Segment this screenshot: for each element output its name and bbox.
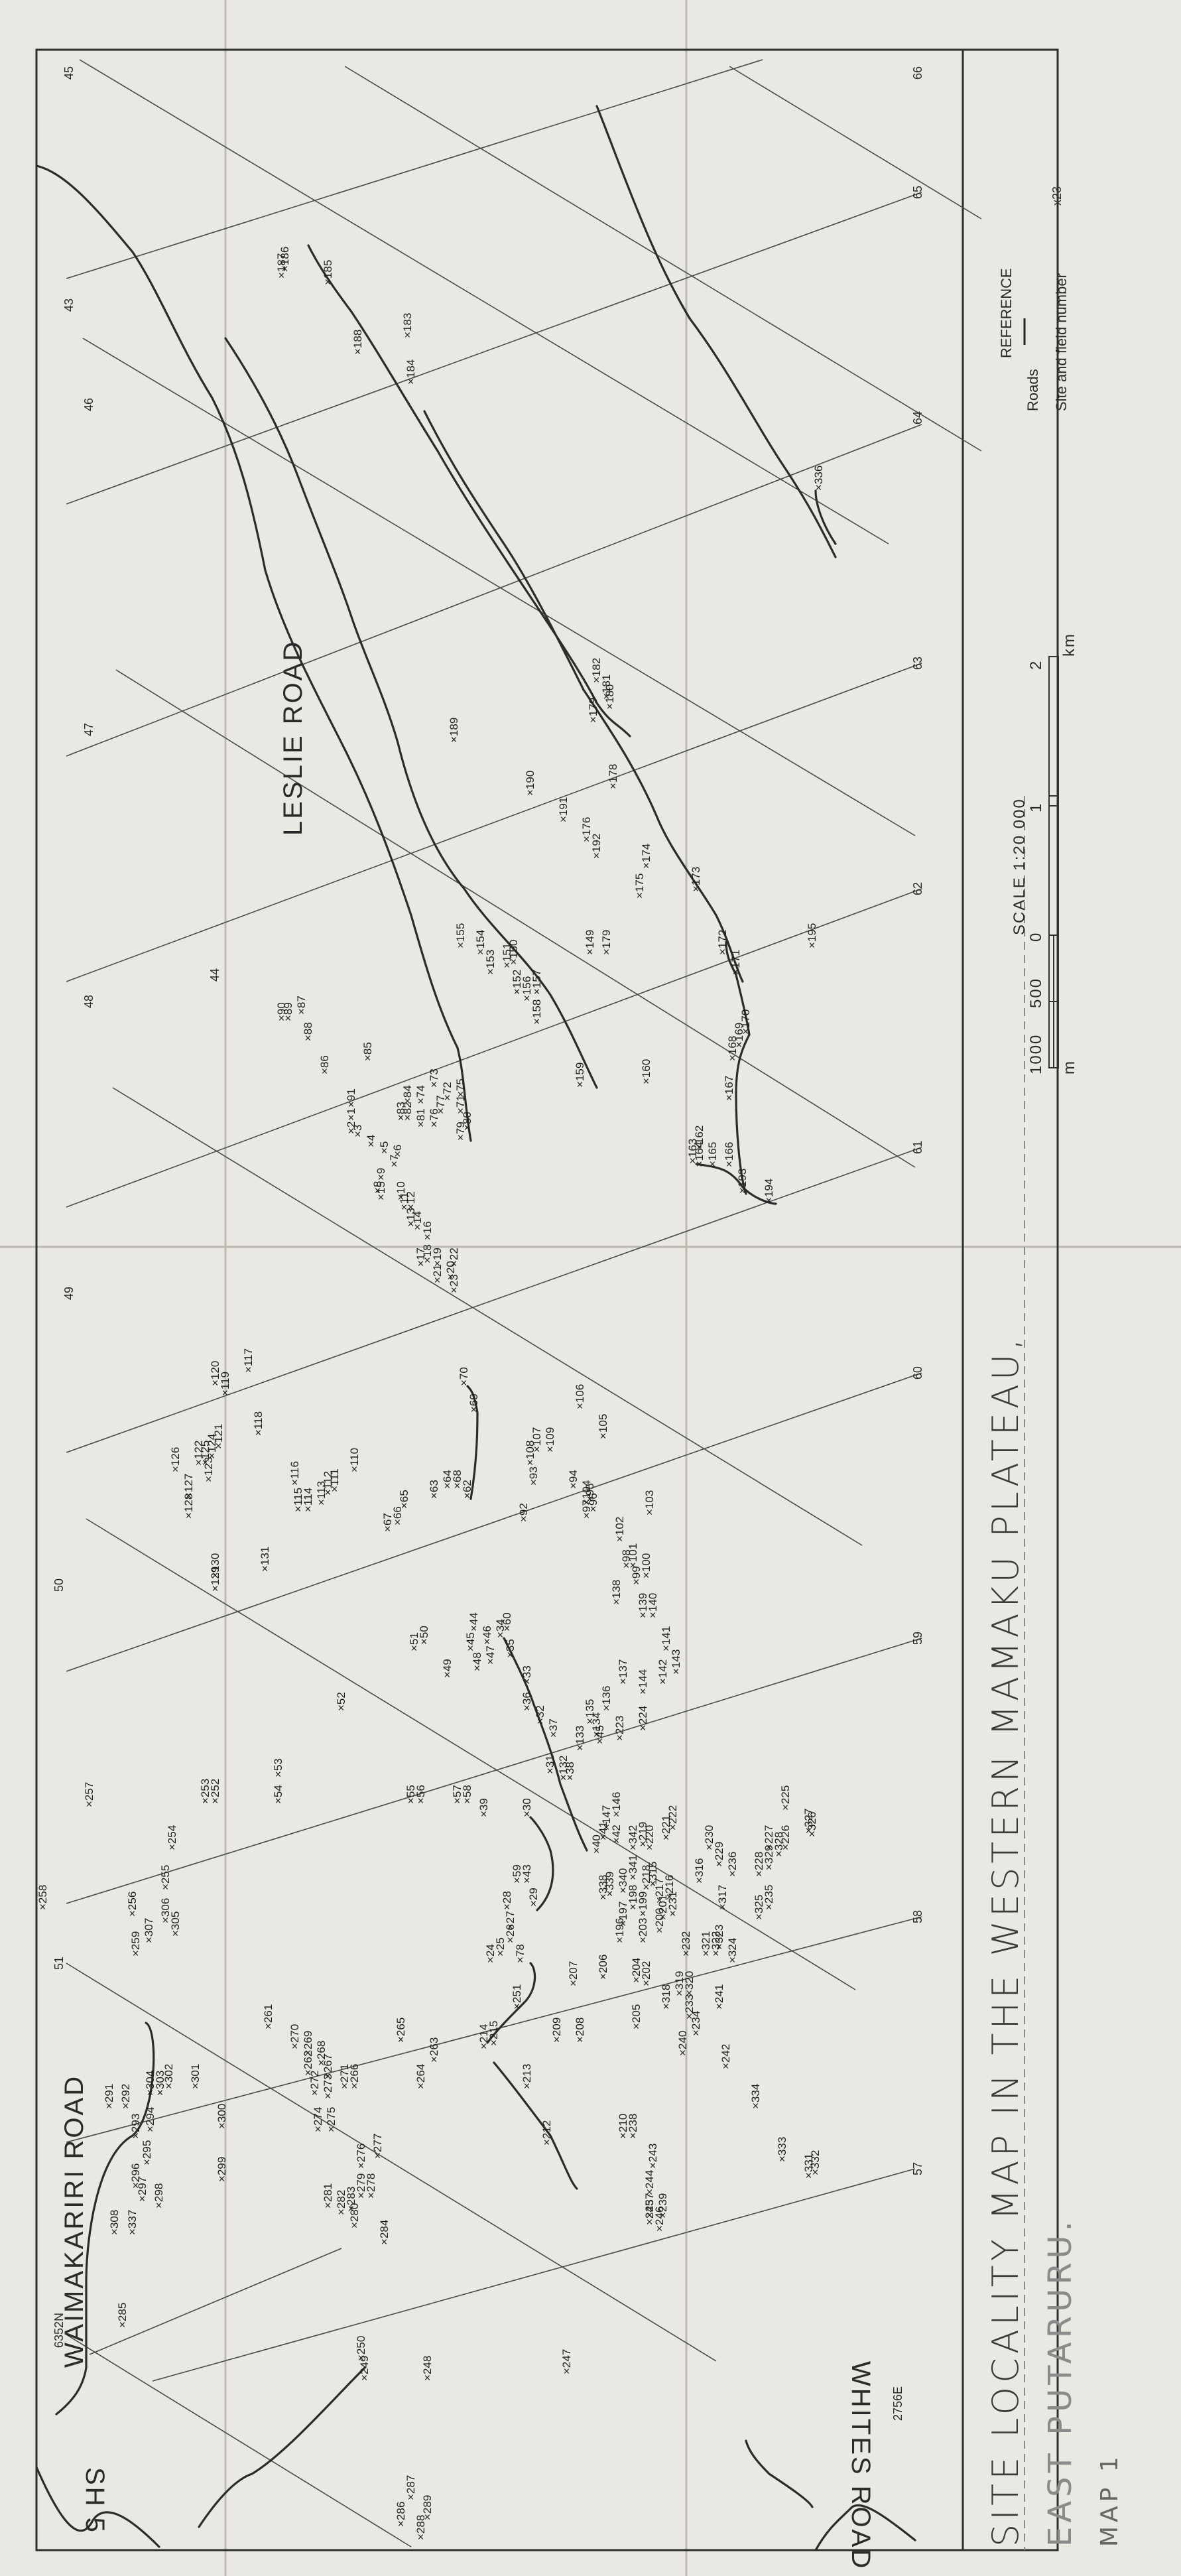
site-marker[interactable]: ×166 xyxy=(723,1142,735,1167)
site-marker[interactable]: ×209 xyxy=(550,2018,563,2043)
site-marker[interactable]: ×336 xyxy=(812,466,825,491)
site-marker[interactable]: ×190 xyxy=(524,771,536,796)
site-marker[interactable]: ×301 xyxy=(189,2064,202,2089)
site-marker[interactable]: ×196 xyxy=(613,1918,626,1943)
site-marker[interactable]: ×243 xyxy=(647,2144,659,2169)
site-marker[interactable]: ×242 xyxy=(719,2044,732,2069)
site-marker[interactable]: ×277 xyxy=(371,2134,384,2159)
site-number: ×31 xyxy=(544,1755,556,1774)
site-marker[interactable]: ×115 xyxy=(292,1488,304,1512)
site-number: ×275 xyxy=(325,2107,338,2132)
site-number: ×69 xyxy=(467,1393,480,1413)
site-number: ×175 xyxy=(633,873,646,899)
site-marker[interactable]: ×299 xyxy=(216,2157,228,2182)
site-marker[interactable]: ×229 xyxy=(713,1842,725,1867)
site-marker[interactable]: ×269 xyxy=(302,2031,314,2056)
site-number: ×254 xyxy=(166,1825,178,1850)
site-marker[interactable]: ×139 xyxy=(637,1593,649,1618)
site-marker[interactable]: ×56 xyxy=(414,1785,427,1804)
site-marker[interactable]: ×75 xyxy=(454,1078,467,1098)
site-number: ×308 xyxy=(108,2210,121,2235)
site-marker[interactable]: ×133 xyxy=(574,1726,586,1751)
site-marker[interactable]: ×337 xyxy=(126,2210,139,2235)
site-marker[interactable]: ×44 xyxy=(467,1612,480,1632)
site-marker[interactable]: ×159 xyxy=(574,1063,586,1088)
site-marker[interactable]: ×174 xyxy=(640,844,653,869)
legend-site-example: x23 xyxy=(1050,186,1064,206)
site-marker[interactable]: ×21 xyxy=(431,1264,444,1283)
scale-unit-m: m xyxy=(1060,1060,1078,1074)
site-marker[interactable]: ×93 xyxy=(527,1466,540,1486)
site-marker[interactable]: ×254 xyxy=(166,1825,178,1850)
site-marker[interactable]: ×35 xyxy=(504,1639,517,1658)
site-number: ×115 xyxy=(292,1488,304,1512)
site-marker[interactable]: ×333 xyxy=(776,2137,788,2162)
site-number: ×300 xyxy=(216,2104,228,2129)
site-marker[interactable]: ×308 xyxy=(108,2210,121,2235)
site-marker[interactable]: ×73 xyxy=(428,1068,440,1088)
site-marker[interactable]: ×70 xyxy=(458,1367,470,1386)
site-number: ×142 xyxy=(656,1659,669,1685)
site-marker[interactable]: ×265 xyxy=(395,2018,407,2043)
site-marker[interactable]: ×184 xyxy=(404,359,417,385)
site-marker[interactable]: ×264 xyxy=(414,2064,427,2089)
site-marker[interactable]: ×334 xyxy=(749,2084,762,2109)
site-marker[interactable]: ×341 xyxy=(627,1855,639,1880)
site-marker[interactable]: ×326 xyxy=(806,1812,818,1837)
site-marker[interactable]: ×215 xyxy=(487,2021,500,2046)
site-marker[interactable]: ×332 xyxy=(809,2150,822,2175)
site-marker[interactable]: ×238 xyxy=(627,2114,639,2139)
site-marker[interactable]: ×276 xyxy=(355,2144,367,2169)
site-marker[interactable]: ×292 xyxy=(119,2084,132,2109)
site-marker[interactable]: ×154 xyxy=(474,930,487,955)
site-marker[interactable]: ×205 xyxy=(630,2004,643,2029)
site-marker[interactable]: ×247 xyxy=(560,2349,573,2374)
site-marker[interactable]: ×103 xyxy=(643,1490,656,1515)
site-marker[interactable]: ×135 xyxy=(584,1699,596,1724)
site-marker[interactable]: ×325 xyxy=(753,1895,765,1920)
site-marker[interactable]: ×297 xyxy=(136,2177,149,2202)
site-marker[interactable]: ×5 xyxy=(378,1141,391,1154)
site-number: ×30 xyxy=(521,1798,533,1817)
site-marker[interactable]: ×236 xyxy=(726,1852,739,1877)
site-marker[interactable]: ×171 xyxy=(729,950,742,975)
site-number: ×239 xyxy=(656,2193,669,2219)
site-marker[interactable]: ×138 xyxy=(610,1580,623,1605)
site-marker[interactable]: ×320 xyxy=(683,1971,696,1996)
site-marker[interactable]: ×281 xyxy=(322,2183,334,2209)
site-marker[interactable]: ×88 xyxy=(302,1022,314,1041)
site-number: ×118 xyxy=(252,1411,265,1436)
site-number: ×157 xyxy=(530,970,543,995)
site-marker[interactable]: ×72 xyxy=(441,1082,454,1101)
site-marker[interactable]: ×213 xyxy=(521,2064,533,2089)
site-marker[interactable]: ×249 xyxy=(358,2356,371,2381)
site-marker[interactable]: ×39 xyxy=(477,1798,490,1817)
site-marker[interactable]: ×46 xyxy=(481,1626,493,1645)
site-marker[interactable]: ×23 xyxy=(448,1274,460,1293)
site-marker[interactable]: ×32 xyxy=(534,1705,546,1724)
site-marker[interactable]: ×146 xyxy=(610,1792,623,1817)
site-marker[interactable]: ×175 xyxy=(633,873,646,899)
site-marker[interactable]: ×90 xyxy=(275,1002,288,1021)
site-number: ×336 xyxy=(812,466,825,491)
site-marker[interactable]: ×69 xyxy=(467,1393,480,1413)
site-marker[interactable]: ×185 xyxy=(322,260,334,285)
site-marker[interactable]: ×100 xyxy=(640,1553,653,1578)
site-marker[interactable]: ×257 xyxy=(83,1782,95,1807)
site-marker[interactable]: ×191 xyxy=(557,797,570,822)
site-marker[interactable]: ×63 xyxy=(428,1480,440,1499)
site-marker[interactable]: ×307 xyxy=(143,1918,155,1943)
site-marker[interactable]: ×255 xyxy=(159,1865,172,1890)
site-marker[interactable]: ×48 xyxy=(471,1652,483,1671)
site-marker[interactable]: ×291 xyxy=(103,2084,115,2109)
site-marker[interactable]: ×294 xyxy=(144,2107,156,2132)
site-marker[interactable]: ×284 xyxy=(378,2220,391,2245)
site-marker[interactable]: ×36 xyxy=(521,1692,533,1711)
site-marker[interactable]: ×9 xyxy=(375,1168,387,1181)
site-number: ×277 xyxy=(371,2134,384,2159)
site-marker[interactable]: ×192 xyxy=(590,834,603,859)
site-marker[interactable]: ×110 xyxy=(348,1448,361,1472)
site-number: ×243 xyxy=(647,2144,659,2169)
site-number: ×38 xyxy=(564,1762,576,1781)
site-marker[interactable]: ×273 xyxy=(322,2074,334,2099)
site-number: ×32 xyxy=(534,1705,546,1724)
site-marker[interactable]: ×60 xyxy=(501,1612,513,1632)
site-marker[interactable]: ×136 xyxy=(600,1686,613,1711)
site-marker[interactable]: ×248 xyxy=(421,2356,434,2381)
site-marker[interactable]: ×226 xyxy=(779,1825,792,1850)
site-number: ×241 xyxy=(713,1984,725,2010)
site-marker[interactable]: ×51 xyxy=(408,1632,420,1651)
site-marker[interactable]: ×33 xyxy=(521,1665,533,1685)
site-marker[interactable]: ×31 xyxy=(544,1755,556,1774)
site-number: ×117 xyxy=(242,1348,255,1373)
site-marker[interactable]: ×102 xyxy=(613,1517,626,1542)
site-number: ×294 xyxy=(144,2107,156,2132)
site-marker[interactable]: ×52 xyxy=(335,1692,347,1711)
site-marker[interactable]: ×91 xyxy=(345,1088,357,1108)
site-marker[interactable]: ×203 xyxy=(637,1918,649,1943)
site-marker[interactable]: ×165 xyxy=(706,1142,719,1167)
site-marker[interactable]: ×293 xyxy=(129,2114,142,2139)
river-road xyxy=(597,106,836,557)
site-marker[interactable]: ×182 xyxy=(590,658,603,683)
site-markers: ×308×337×285×291×292×293×294×295×296×297… xyxy=(36,247,825,2540)
site-marker[interactable]: ×266 xyxy=(348,2064,361,2089)
site-number: ×135 xyxy=(584,1699,596,1724)
site-marker[interactable]: ×108 xyxy=(524,1441,536,1466)
site-number: ×159 xyxy=(574,1063,586,1088)
site-marker[interactable]: ×49 xyxy=(441,1659,454,1678)
site-marker[interactable]: ×207 xyxy=(567,1961,580,1986)
site-number: ×65 xyxy=(398,1490,410,1509)
legend: REFERENCE Roads Site and field number x2… xyxy=(998,186,1070,411)
site-marker[interactable]: ×172 xyxy=(716,930,729,955)
svg-text:2756E: 2756E xyxy=(891,2386,904,2421)
svg-text:6352N: 6352N xyxy=(52,2313,66,2348)
site-number: ×244 xyxy=(643,2170,656,2195)
site-number: ×236 xyxy=(726,1852,739,1877)
site-marker[interactable]: ×274 xyxy=(312,2107,324,2132)
site-marker[interactable]: ×54 xyxy=(272,1785,284,1804)
site-marker[interactable]: ×199 xyxy=(637,1892,649,1917)
site-marker[interactable]: ×298 xyxy=(153,2183,165,2209)
site-marker[interactable]: ×258 xyxy=(36,1885,49,1910)
site-marker[interactable]: ×65 xyxy=(398,1490,410,1509)
site-marker[interactable]: ×47 xyxy=(484,1645,497,1665)
site-number: ×160 xyxy=(640,1059,653,1084)
site-marker[interactable]: ×37 xyxy=(547,1718,560,1738)
site-marker[interactable]: ×16 xyxy=(421,1221,434,1240)
site-marker[interactable]: ×53 xyxy=(272,1758,284,1777)
site-marker[interactable]: ×106 xyxy=(574,1384,586,1409)
site-marker[interactable]: ×126 xyxy=(169,1447,182,1472)
site-marker[interactable]: ×113 xyxy=(315,1481,328,1506)
site-marker[interactable]: ×224 xyxy=(637,1706,649,1731)
site-number: ×21 xyxy=(431,1264,444,1283)
site-number: ×47 xyxy=(484,1645,497,1665)
site-marker[interactable]: ×38 xyxy=(564,1762,576,1781)
site-marker[interactable]: ×142 xyxy=(656,1659,669,1685)
site-marker[interactable]: ×120 xyxy=(209,1361,221,1386)
scale-tick-2: 2 xyxy=(1027,660,1045,670)
site-marker[interactable]: ×101 xyxy=(627,1543,639,1569)
site-number: ×199 xyxy=(637,1892,649,1917)
site-marker[interactable]: ×45 xyxy=(593,1725,606,1744)
site-marker[interactable]: ×223 xyxy=(613,1716,626,1741)
site-marker[interactable]: ×234 xyxy=(690,2011,702,2036)
site-marker[interactable]: ×92 xyxy=(517,1503,530,1522)
site-marker[interactable]: ×4 xyxy=(365,1135,377,1147)
site-number: ×92 xyxy=(517,1503,530,1522)
site-marker[interactable]: ×45 xyxy=(464,1632,477,1651)
site-number: ×265 xyxy=(395,2018,407,2043)
site-marker[interactable]: ×68 xyxy=(451,1470,464,1489)
site-marker[interactable]: ×160 xyxy=(640,1059,653,1084)
site-locality-map[interactable]: WAIMAKARIRI ROAD LESLIE ROAD WHITES ROAD… xyxy=(0,0,1181,2576)
site-marker[interactable]: ×28 xyxy=(501,1891,513,1910)
site-number: ×231 xyxy=(666,1892,679,1917)
site-number: ×110 xyxy=(348,1448,361,1472)
site-marker[interactable]: ×256 xyxy=(126,1892,139,1917)
site-marker[interactable]: ×286 xyxy=(395,2502,407,2527)
site-number: ×81 xyxy=(414,1108,427,1127)
site-marker[interactable]: ×278 xyxy=(365,2173,377,2199)
site-number: ×87 xyxy=(295,996,308,1015)
southern-road xyxy=(424,411,743,982)
site-number: ×261 xyxy=(262,2004,275,2029)
site-marker[interactable]: ×2 xyxy=(345,1122,357,1134)
site-marker[interactable]: ×94 xyxy=(567,1470,580,1489)
site-marker[interactable]: ×155 xyxy=(454,923,467,948)
site-marker[interactable]: ×222 xyxy=(666,1805,679,1831)
site-marker[interactable]: ×10 xyxy=(395,1181,407,1200)
site-number: ×195 xyxy=(806,923,818,948)
site-marker[interactable]: ×289 xyxy=(421,2495,434,2520)
site-marker[interactable]: ×241 xyxy=(713,1984,725,2010)
site-marker[interactable]: ×237 xyxy=(643,2193,656,2219)
site-marker[interactable]: ×105 xyxy=(597,1414,609,1439)
site-number: ×226 xyxy=(779,1825,792,1850)
site-marker[interactable]: ×263 xyxy=(428,2037,440,2063)
site-marker[interactable]: ×162 xyxy=(693,1126,706,1151)
site-number: ×70 xyxy=(458,1367,470,1386)
site-marker[interactable]: ×131 xyxy=(259,1547,271,1572)
site-number: ×150 xyxy=(507,940,520,965)
site-marker[interactable]: ×280 xyxy=(348,2203,361,2228)
site-marker[interactable]: ×141 xyxy=(660,1626,672,1651)
site-marker[interactable]: ×128 xyxy=(182,1494,195,1519)
site-marker[interactable]: ×150 xyxy=(507,940,520,965)
site-number: ×138 xyxy=(610,1580,623,1605)
site-marker[interactable]: ×30 xyxy=(521,1798,533,1817)
site-marker[interactable]: ×285 xyxy=(116,2303,129,2328)
site-marker[interactable]: ×6 xyxy=(391,1145,404,1157)
site-marker[interactable]: ×167 xyxy=(723,1076,735,1101)
site-marker[interactable]: ×259 xyxy=(129,1931,142,1957)
site-number: ×317 xyxy=(716,1885,729,1910)
site-number: ×281 xyxy=(322,2183,334,2209)
site-marker[interactable]: ×220 xyxy=(643,1825,656,1850)
site-marker[interactable]: ×179 xyxy=(587,698,599,723)
site-marker[interactable]: ×78 xyxy=(514,1944,527,1963)
site-marker[interactable]: ×304 xyxy=(144,2071,156,2096)
site-marker[interactable]: ×74 xyxy=(414,1085,427,1104)
site-marker[interactable]: ×275 xyxy=(325,2107,338,2132)
site-marker[interactable]: ×144 xyxy=(637,1669,649,1695)
site-marker[interactable]: ×195 xyxy=(806,923,818,948)
site-marker[interactable]: ×117 xyxy=(242,1348,255,1373)
site-marker[interactable]: ×149 xyxy=(584,930,596,955)
site-number: ×68 xyxy=(451,1470,464,1489)
site-marker[interactable]: ×109 xyxy=(544,1427,556,1452)
site-marker[interactable]: ×208 xyxy=(574,2018,586,2043)
site-number: ×249 xyxy=(358,2356,371,2381)
site-number: ×116 xyxy=(288,1461,301,1486)
site-marker[interactable]: ×19 xyxy=(431,1248,444,1267)
site-marker[interactable]: ×244 xyxy=(643,2170,656,2195)
site-marker[interactable]: ×95 xyxy=(584,1483,596,1502)
site-marker[interactable]: ×157 xyxy=(530,970,543,995)
site-marker[interactable]: ×87 xyxy=(295,996,308,1015)
site-marker[interactable]: ×137 xyxy=(617,1659,629,1685)
site-marker[interactable]: ×183 xyxy=(401,313,414,338)
site-number: ×339 xyxy=(603,1872,616,1897)
site-marker[interactable]: ×272 xyxy=(308,2071,321,2096)
legend-heading: REFERENCE xyxy=(998,268,1015,358)
site-marker[interactable]: ×300 xyxy=(216,2104,228,2129)
site-number: ×307 xyxy=(143,1918,155,1943)
site-marker[interactable]: ×22 xyxy=(448,1248,460,1267)
site-marker[interactable]: ×143 xyxy=(670,1649,682,1675)
site-marker[interactable]: ×202 xyxy=(640,1961,653,1986)
site-marker[interactable]: ×67 xyxy=(381,1513,394,1532)
site-marker[interactable]: ×179 xyxy=(600,930,613,955)
svg-text:59: 59 xyxy=(911,1632,924,1645)
site-marker[interactable]: ×178 xyxy=(607,764,619,789)
site-number: ×102 xyxy=(613,1517,626,1542)
svg-text:43: 43 xyxy=(62,298,76,312)
site-marker[interactable]: ×306 xyxy=(159,1898,172,1923)
site-marker[interactable]: ×339 xyxy=(603,1872,616,1897)
site-marker[interactable]: ×261 xyxy=(262,2004,275,2029)
site-marker[interactable]: ×173 xyxy=(690,867,702,892)
site-marker[interactable]: ×125 xyxy=(199,1441,212,1466)
site-marker[interactable]: ×251 xyxy=(511,1984,523,2010)
site-number: ×209 xyxy=(550,2018,563,2043)
site-marker[interactable]: ×1 xyxy=(345,1108,357,1121)
site-marker[interactable]: ×86 xyxy=(318,1055,331,1074)
site-marker[interactable]: ×118 xyxy=(252,1411,265,1436)
site-marker[interactable]: ×85 xyxy=(361,1042,374,1061)
site-marker[interactable]: ×323 xyxy=(713,1925,725,1950)
site-number: ×337 xyxy=(126,2210,139,2235)
site-marker[interactable]: ×189 xyxy=(448,718,460,743)
site-marker[interactable]: ×317 xyxy=(716,1885,729,1910)
site-number: ×284 xyxy=(378,2220,391,2245)
site-marker[interactable]: ×71 xyxy=(454,1095,467,1114)
site-marker[interactable]: ×158 xyxy=(530,999,543,1025)
site-number: ×100 xyxy=(640,1553,653,1578)
site-marker[interactable]: ×270 xyxy=(288,2024,301,2049)
site-number: ×103 xyxy=(643,1490,656,1515)
site-number: ×75 xyxy=(454,1078,467,1098)
site-marker[interactable]: ×231 xyxy=(666,1892,679,1917)
site-marker[interactable]: ×168 xyxy=(726,1036,739,1061)
site-marker[interactable]: ×116 xyxy=(288,1461,301,1486)
site-marker[interactable]: ×225 xyxy=(779,1785,792,1811)
site-number: ×51 xyxy=(408,1632,420,1651)
site-marker[interactable]: ×206 xyxy=(597,1955,609,1980)
site-number: ×205 xyxy=(630,2004,643,2029)
site-marker[interactable]: ×27 xyxy=(504,1911,517,1930)
site-marker[interactable]: ×43 xyxy=(521,1864,533,1884)
site-marker[interactable]: ×188 xyxy=(351,330,364,355)
road-label-leslie: LESLIE ROAD xyxy=(279,640,308,836)
site-marker[interactable]: ×58 xyxy=(461,1785,473,1804)
site-marker[interactable]: ×324 xyxy=(726,1938,739,1963)
svg-text:62: 62 xyxy=(911,882,924,895)
site-marker[interactable]: ×84 xyxy=(401,1085,414,1104)
site-marker[interactable]: ×187 xyxy=(275,253,288,279)
site-number: ×207 xyxy=(567,1961,580,1986)
site-marker[interactable]: ×240 xyxy=(676,2031,689,2056)
site-marker[interactable]: ×239 xyxy=(656,2193,669,2219)
site-marker[interactable]: ×295 xyxy=(141,2140,153,2165)
site-marker[interactable]: ×287 xyxy=(404,2475,417,2500)
site-number: ×154 xyxy=(474,930,487,955)
site-number: ×287 xyxy=(404,2475,417,2500)
site-number: ×292 xyxy=(119,2084,132,2109)
site-marker[interactable]: ×15 xyxy=(375,1181,387,1200)
site-marker[interactable]: ×212 xyxy=(540,2120,553,2146)
site-marker[interactable]: ×316 xyxy=(693,1858,706,1884)
site-marker[interactable]: ×81 xyxy=(414,1108,427,1127)
site-marker[interactable]: ×194 xyxy=(763,1179,775,1204)
svg-text:60: 60 xyxy=(911,1366,924,1380)
site-marker[interactable]: ×232 xyxy=(680,1931,692,1957)
site-marker[interactable]: ×252 xyxy=(209,1779,221,1804)
site-marker[interactable]: ×318 xyxy=(660,1984,672,2010)
site-marker[interactable]: ×130 xyxy=(209,1553,221,1578)
map-number: MAP 1 xyxy=(1096,2453,1123,2547)
site-marker[interactable]: ×29 xyxy=(527,1888,540,1907)
site-marker[interactable]: ×193 xyxy=(736,1169,749,1194)
